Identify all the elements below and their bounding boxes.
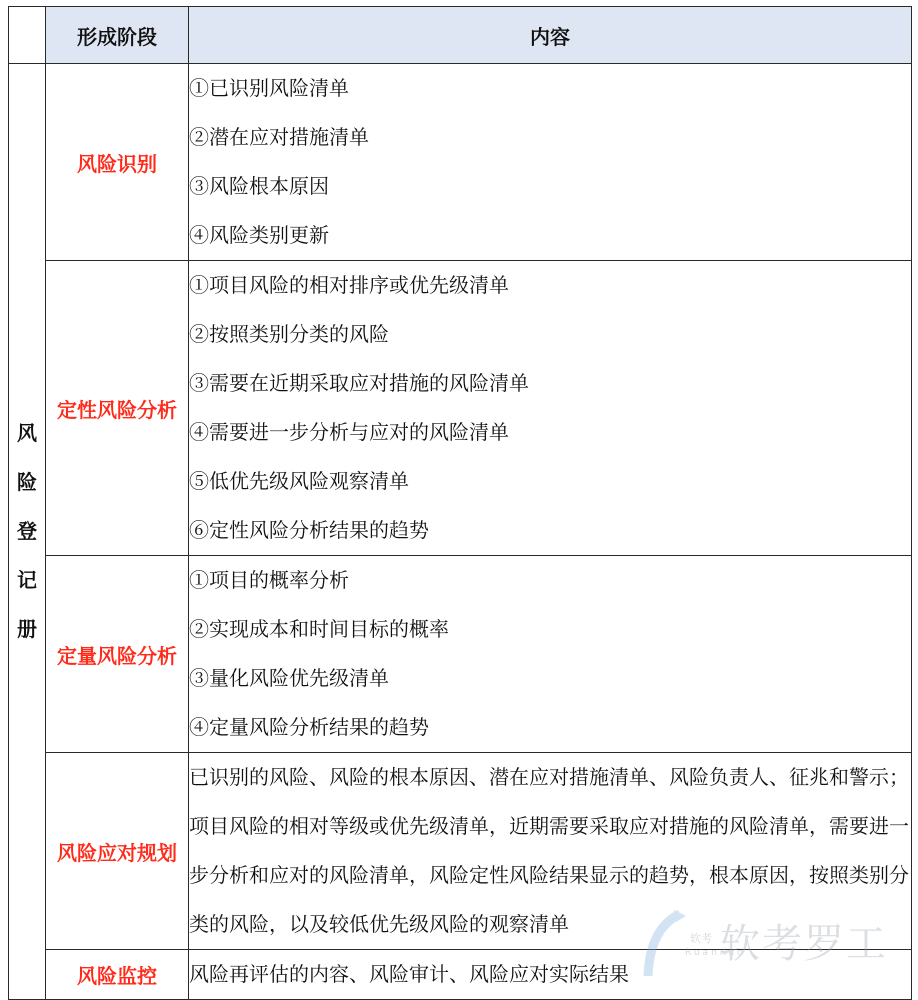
stage-cell: 定量风险分析 — [46, 556, 189, 753]
list-item: ①已识别风险清单 — [189, 64, 911, 113]
content-cell: 已识别的风险、风险的根本原因、潜在应对措施清单、风险负责人、征兆和警示；项目风险… — [189, 753, 912, 950]
list-item: ③风险根本原因 — [189, 162, 911, 211]
content-cell: 风险再评估的内容、风险审计、风险应对实际结果 — [189, 950, 912, 1000]
list-item: ③量化风险优先级清单 — [189, 654, 911, 703]
list-item: ④风险类别更新 — [189, 211, 911, 260]
list-item: ⑤低优先级风险观察清单 — [189, 457, 911, 506]
stage-cell: 风险识别 — [46, 64, 189, 261]
list-item: ②按照类别分类的风险 — [189, 310, 911, 359]
list-item: ②潜在应对措施清单 — [189, 113, 911, 162]
stage-cell: 定性风险分析 — [46, 261, 189, 556]
risk-register-table: 形成阶段 内容 风险登记册 风险识别 ①已识别风险清单 ②潜在应对措施清单 ③风… — [8, 6, 912, 1000]
content-cell: ①项目的概率分析 ②实现成本和时间目标的概率 ③量化风险优先级清单 ④定量风险分… — [189, 556, 912, 753]
content-cell: ①项目风险的相对排序或优先级清单 ②按照类别分类的风险 ③需要在近期采取应对措施… — [189, 261, 912, 556]
stage-cell: 风险应对规划 — [46, 753, 189, 950]
list-item: ②实现成本和时间目标的概率 — [189, 605, 911, 654]
table-row: 定量风险分析 ①项目的概率分析 ②实现成本和时间目标的概率 ③量化风险优先级清单… — [9, 556, 912, 753]
paragraph: 风险再评估的内容、风险审计、风险应对实际结果 — [189, 950, 911, 999]
list-item: ⑥定性风险分析结果的趋势 — [189, 506, 911, 555]
list-item: ①项目的概率分析 — [189, 556, 911, 605]
table-row: 风险登记册 风险识别 ①已识别风险清单 ②潜在应对措施清单 ③风险根本原因 ④风… — [9, 64, 912, 261]
list-item: ④需要进一步分析与应对的风险清单 — [189, 408, 911, 457]
paragraph: 已识别的风险、风险的根本原因、潜在应对措施清单、风险负责人、征兆和警示；项目风险… — [189, 753, 911, 949]
header-row: 形成阶段 内容 — [9, 7, 912, 64]
list-item: ①项目风险的相对排序或优先级清单 — [189, 261, 911, 310]
side-title: 风险登记册 — [15, 409, 39, 654]
side-title-cell: 风险登记册 — [9, 64, 46, 1000]
table-row: 风险监控 风险再评估的内容、风险审计、风险应对实际结果 — [9, 950, 912, 1000]
table-row: 定性风险分析 ①项目风险的相对排序或优先级清单 ②按照类别分类的风险 ③需要在近… — [9, 261, 912, 556]
content-cell: ①已识别风险清单 ②潜在应对措施清单 ③风险根本原因 ④风险类别更新 — [189, 64, 912, 261]
list-item: ④定量风险分析结果的趋势 — [189, 703, 911, 752]
header-stage: 形成阶段 — [46, 7, 189, 64]
stage-cell: 风险监控 — [46, 950, 189, 1000]
list-item: ③需要在近期采取应对措施的风险清单 — [189, 359, 911, 408]
table-row: 风险应对规划 已识别的风险、风险的根本原因、潜在应对措施清单、风险负责人、征兆和… — [9, 753, 912, 950]
corner-cell — [9, 7, 46, 64]
header-content: 内容 — [189, 7, 912, 64]
